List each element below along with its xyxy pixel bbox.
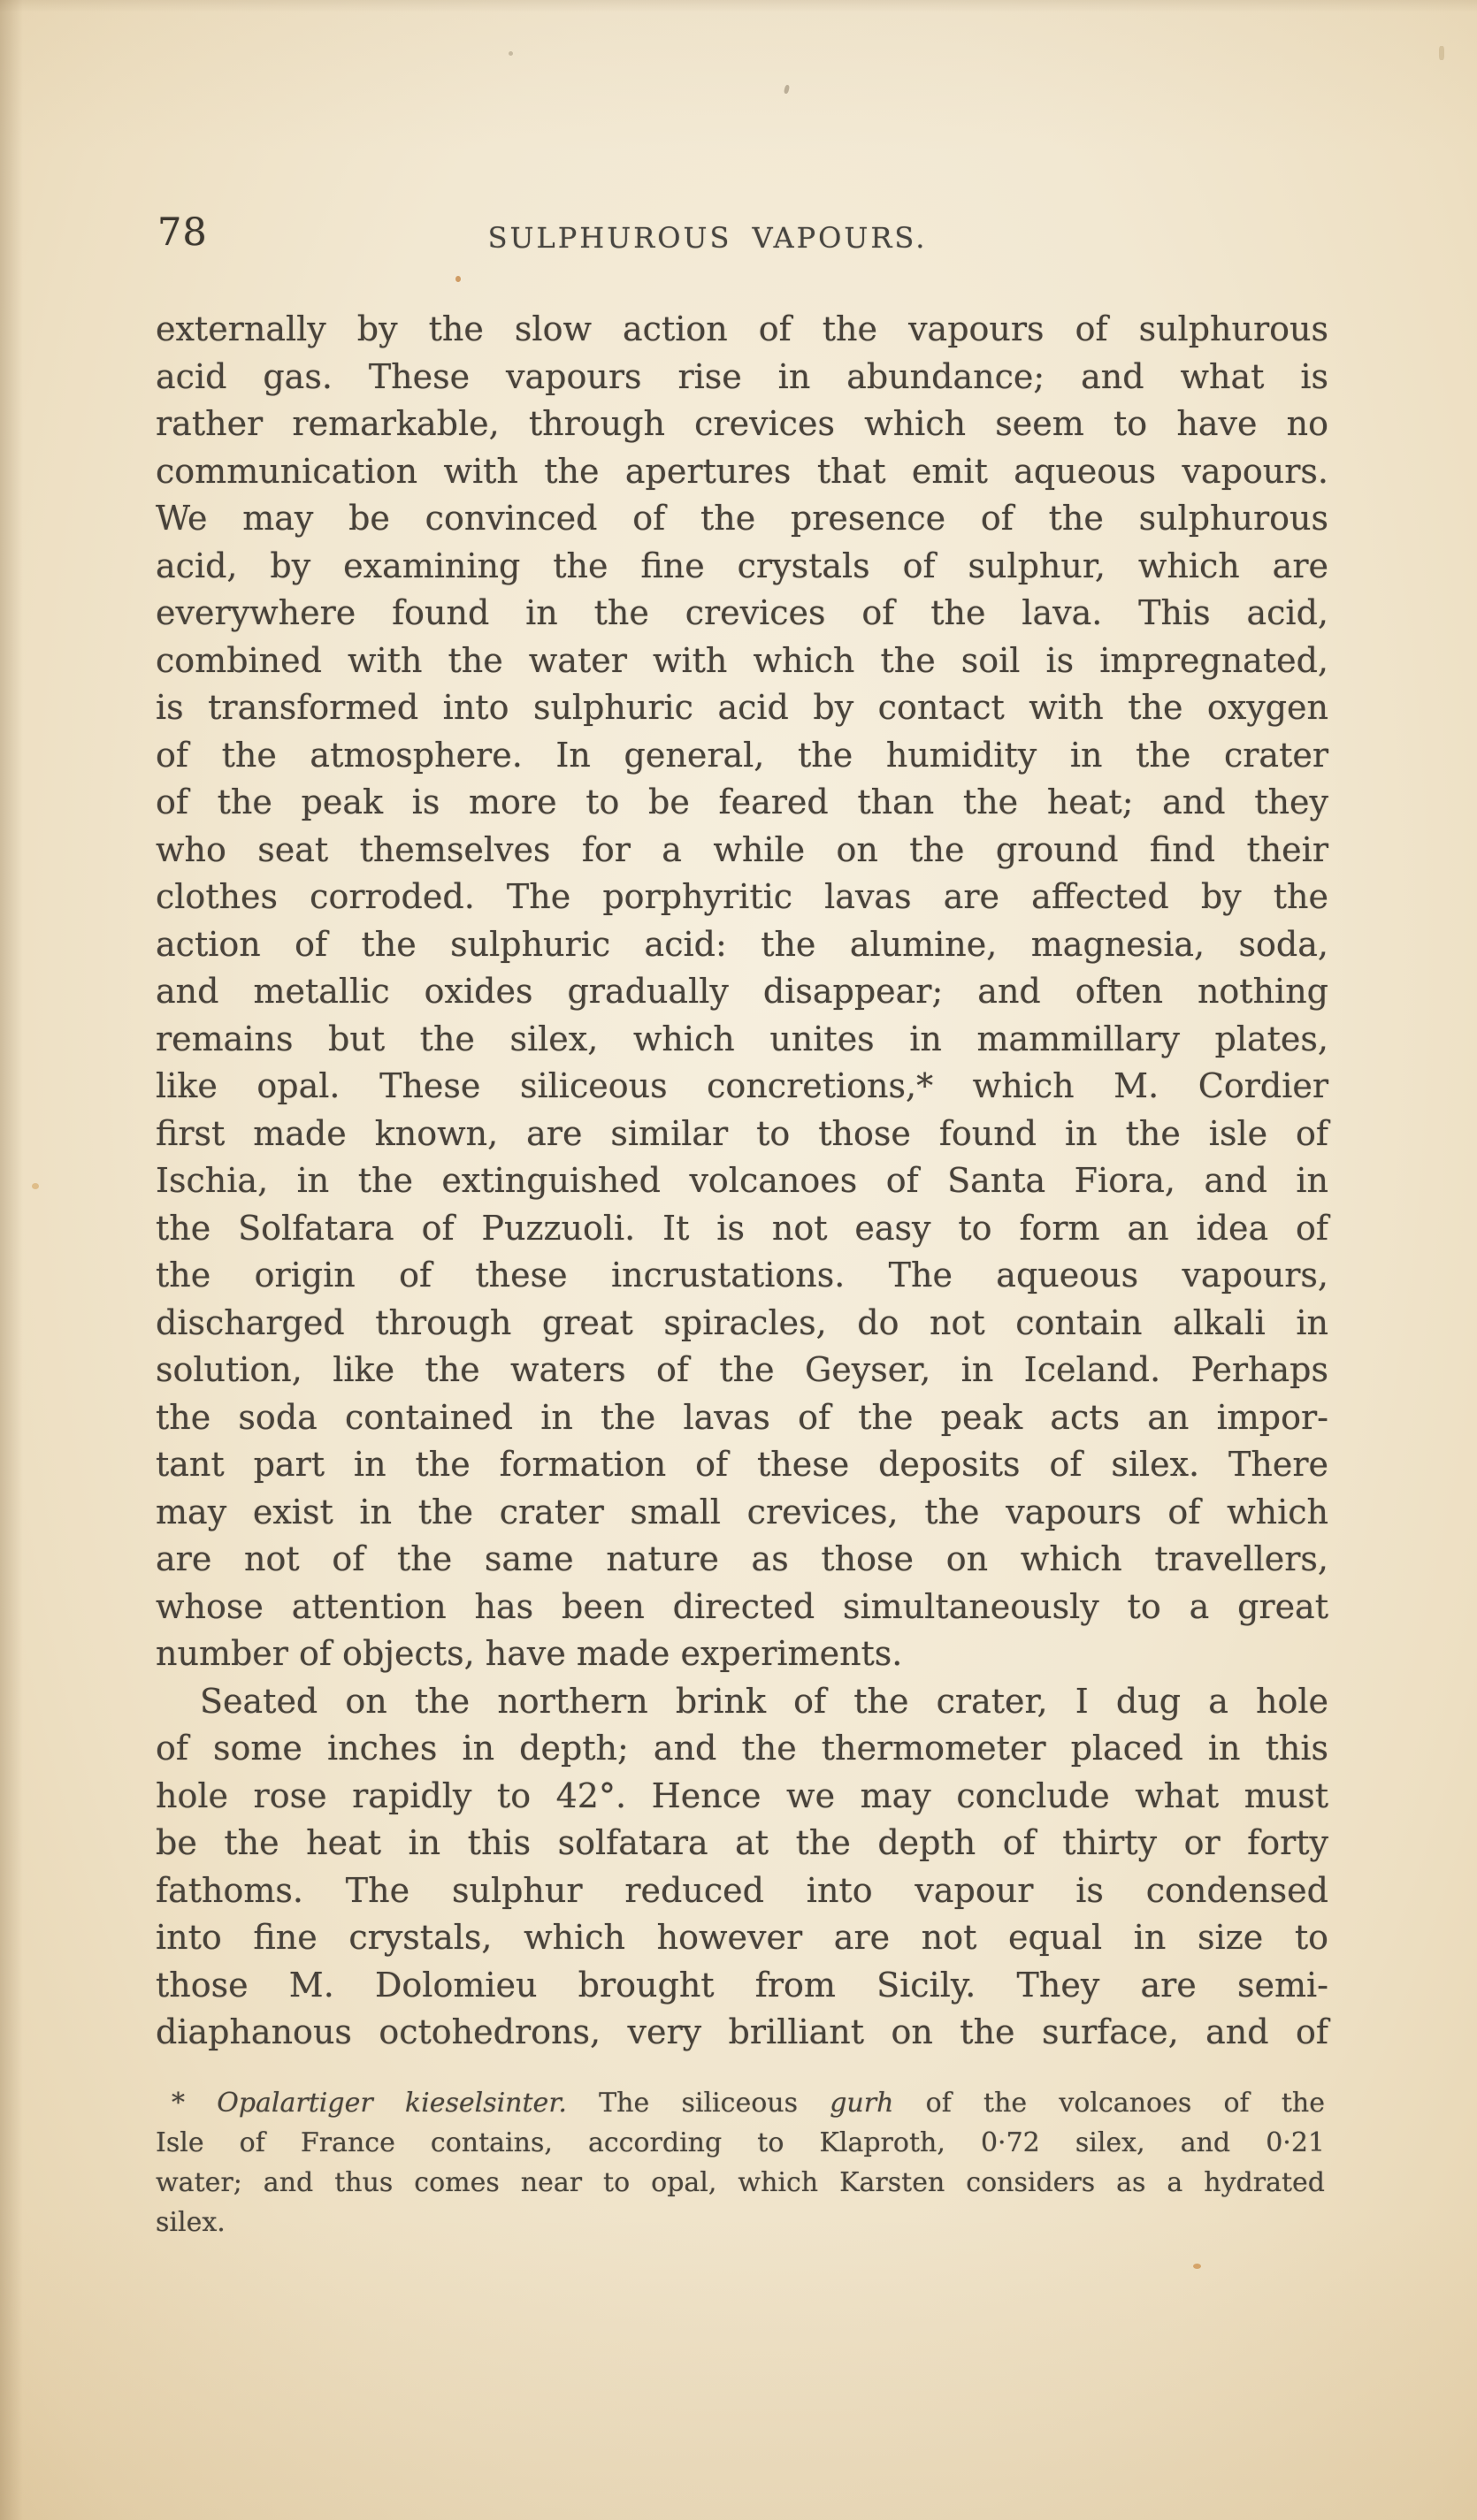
text-line: externally by the slow action of the vap…	[156, 306, 1328, 354]
text-line: first made known, are similar to those f…	[156, 1111, 1328, 1158]
text-line: fathoms. The sulphur reduced into vapour…	[156, 1867, 1328, 1915]
text-line: and metallic oxides gradually disappear;…	[156, 968, 1328, 1016]
text-line: into fine crystals, which however are no…	[156, 1914, 1328, 1962]
text-line: the soda contained in the lavas of the p…	[156, 1394, 1328, 1442]
text-line: communication with the apertures that em…	[156, 448, 1328, 496]
footnote-text: of the volcanoes of the	[926, 2088, 1325, 2119]
paper-speck	[1193, 2264, 1201, 2269]
text-line: remains but the silex, which unites in m…	[156, 1016, 1328, 1064]
text-line: clothes corroded. The porphyritic lavas …	[156, 874, 1328, 921]
text-line: everywhere found in the crevices of the …	[156, 590, 1328, 638]
text-line: tant part in the formation of these depo…	[156, 1441, 1328, 1489]
text-line: hole rose rapidly to 42°. Hence we may c…	[156, 1773, 1328, 1821]
text-line: acid, by examining the fine crystals of …	[156, 543, 1328, 591]
paper-speck	[32, 1183, 39, 1189]
page-edge-shadow	[0, 0, 23, 2520]
paper-speck	[1439, 46, 1444, 60]
footnote-line: water; and thus comes near to opal, whic…	[156, 2163, 1325, 2203]
text-line: may exist in the crater small crevices, …	[156, 1489, 1328, 1537]
paper-speck	[509, 51, 513, 56]
paragraph-1: externally by the slow action of the vap…	[156, 306, 1328, 1678]
text-line: action of the sulphuric acid: the alumin…	[156, 921, 1328, 969]
text-line: rather remarkable, through crevices whic…	[156, 401, 1328, 448]
paper-speck	[784, 85, 790, 95]
footnote-italic-title: Opalartiger kieselsinter.	[217, 2088, 567, 2119]
text-line: the Solfatara of Puzzuoli. It is not eas…	[156, 1205, 1328, 1253]
text-line: whose attention has been directed simult…	[156, 1584, 1328, 1631]
text-line: We may be convinced of the presence of t…	[156, 495, 1328, 543]
text-line: number of objects, have made experiments…	[156, 1630, 1328, 1678]
book-page: 78 SULPHUROUS VAPOURS. externally by the…	[0, 0, 1477, 2520]
footnote-line: * Opalartiger kieselsinter. The siliceou…	[156, 2083, 1325, 2123]
text-line: the origin of these incrustations. The a…	[156, 1252, 1328, 1300]
text-line: like opal. These siliceous concretions,*…	[156, 1063, 1328, 1111]
text-line: are not of the same nature as those on w…	[156, 1536, 1328, 1584]
text-line: discharged through great spiracles, do n…	[156, 1300, 1328, 1348]
text-line: acid gas. These vapours rise in abundanc…	[156, 354, 1328, 401]
footnote-line: Isle of France contains, according to Kl…	[156, 2123, 1325, 2163]
text-line: combined with the water with which the s…	[156, 638, 1328, 685]
page-body: externally by the slow action of the vap…	[156, 306, 1328, 2057]
paragraph-2: Seated on the northern brink of the crat…	[156, 1678, 1328, 2057]
paper-speck	[455, 276, 461, 282]
text-line: of the peak is more to be feared than th…	[156, 779, 1328, 827]
text-line: solution, like the waters of the Geyser,…	[156, 1347, 1328, 1394]
footnote-line: silex.	[156, 2203, 1325, 2242]
text-line: diaphanous octohedrons, very brilliant o…	[156, 2009, 1328, 2057]
running-header: SULPHUROUS VAPOURS.	[124, 221, 1291, 255]
text-line: of the atmosphere. In general, the humid…	[156, 732, 1328, 780]
text-line: those M. Dolomieu brought from Sicily. T…	[156, 1962, 1328, 2010]
text-line: Ischia, in the extinguished volcanoes of…	[156, 1157, 1328, 1205]
footnote: * Opalartiger kieselsinter. The siliceou…	[156, 2083, 1325, 2242]
text-line: is transformed into sulphuric acid by co…	[156, 684, 1328, 732]
footnote-text: The siliceous	[599, 2088, 798, 2119]
page-top-shadow	[0, 0, 1477, 12]
text-line: Seated on the northern brink of the crat…	[156, 1678, 1328, 1726]
text-line: who seat themselves for a while on the g…	[156, 827, 1328, 874]
footnote-italic-word: gurh	[830, 2088, 893, 2119]
footnote-marker: *	[172, 2088, 185, 2119]
text-line: of some inches in depth; and the thermom…	[156, 1725, 1328, 1773]
text-line: be the heat in this solfatara at the dep…	[156, 1820, 1328, 1867]
